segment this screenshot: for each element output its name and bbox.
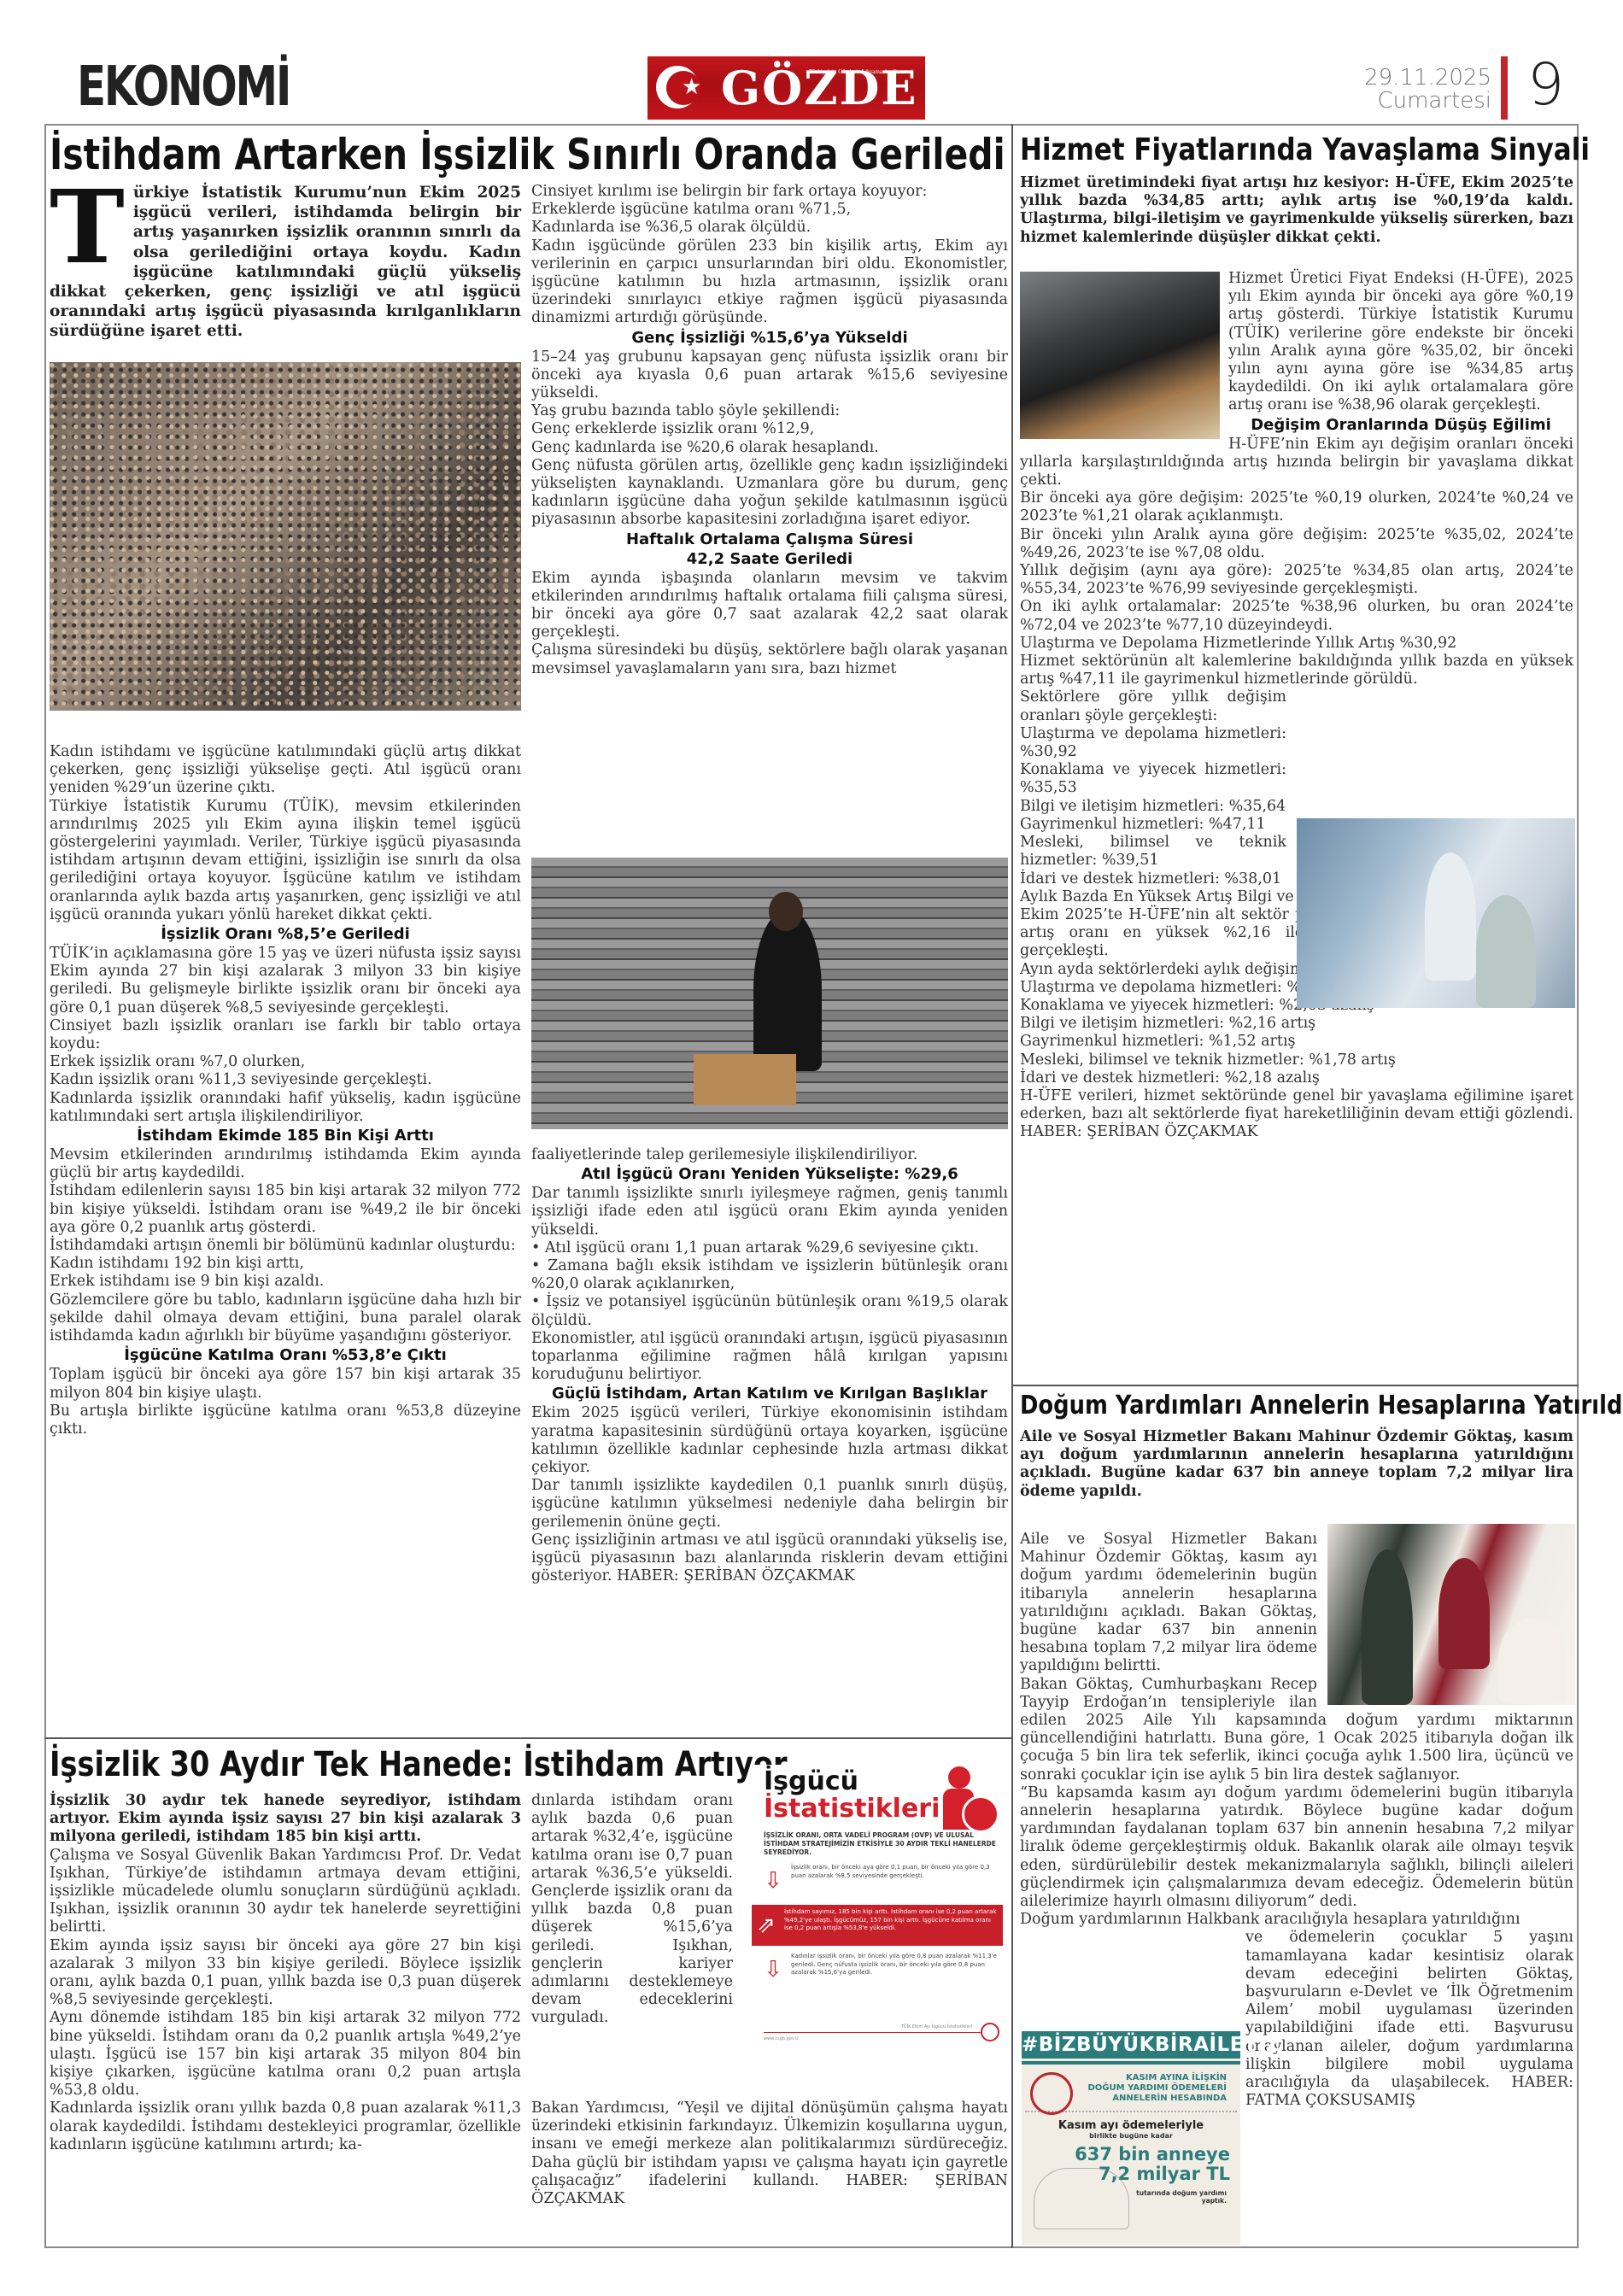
section-divider-right <box>1011 1385 1579 1386</box>
article-body-bottom-left: İşsizlik 30 aydır tek hanede seyrediyor,… <box>50 1792 521 2154</box>
issue-date: 29.11.2025 <box>1363 67 1491 90</box>
article-headline[interactable]: Hizmet Fiyatlarında Yavaşlama Sinyali <box>1020 130 1590 171</box>
accent-divider <box>1501 56 1508 120</box>
issue-weekday: Cumartesi <box>1363 90 1491 113</box>
article-body-middle-lower: faaliyetlerinde talep gerilemesiyle iliş… <box>531 1146 1008 1585</box>
arrow-down-icon: ⇩ <box>762 1953 784 1987</box>
family-sketch-icon <box>1034 2168 1129 2229</box>
page-number: 9 <box>1527 51 1564 120</box>
office-photo <box>1297 818 1575 1008</box>
article-lead: Türkiye İstatistik Kurumu’nun Ekim 2025 … <box>50 183 521 342</box>
subheading: 42,2 Saate Geriledi <box>531 550 1008 569</box>
article-body-left: Kadın istihdamı ve işgücüne katılımındak… <box>50 743 521 1438</box>
article-body-bottom-mid-narrow: dınlarda istihdam oranı aylık bazda 0,6 … <box>531 1792 733 2028</box>
worker-chart-icon <box>940 1766 994 1833</box>
article-lead: Aile ve Sosyal Hizmetler Bakanı Mahinur … <box>1020 1428 1573 1501</box>
column-divider <box>1011 124 1013 2248</box>
labor-statistics-infographic: İşgücü İstatistikleri İŞSİZLİK ORANI, OR… <box>752 1765 1006 2048</box>
arrow-down-icon: ⇩ <box>762 1864 784 1898</box>
woman-on-stairs-photo <box>531 858 1008 1129</box>
article-body-middle: Cinsiyet kırılımı ise belirgin bir fark … <box>531 183 1008 678</box>
article-lead: Hizmet üretimindeki fiyat artışı hız kes… <box>1020 174 1573 247</box>
newspaper-logo[interactable]: ★ GÖZDE Türkiye'nin Gözdesi, Adıyaman'ın… <box>647 56 925 120</box>
article-headline[interactable]: Doğum Yardımları Annelerin Hesaplarına Y… <box>1020 1389 1623 1423</box>
mothers-count: 637 bin anneye <box>1022 2145 1230 2164</box>
crowd-photo <box>50 362 521 711</box>
section-divider-bottom-left <box>44 1737 1012 1739</box>
subheading: İstihdam Ekimde 185 Bin Kişi Arttı <box>50 1127 521 1145</box>
ministry-seal-icon <box>981 2023 999 2041</box>
infographic-row-highlight: ⇗ İstihdam sayımız, 185 bin kişi arttı. … <box>752 1905 1003 1946</box>
subheading: Haftalık Ortalama Çalışma Süresi <box>531 530 1008 549</box>
article-headline[interactable]: İstihdam Artarken İşsizlik Sınırlı Orand… <box>50 128 1005 181</box>
infographic-row: ⇩ İşsizlik oranı, bir önceki aya göre 0,… <box>762 1864 999 1898</box>
drop-cap: T <box>50 186 125 268</box>
ministry-seal-icon <box>1030 2072 1073 2115</box>
subheading: İşgücüne Katılma Oranı %53,8’e Çıktı <box>50 1346 521 1365</box>
infographic-row: ⇩ Kadınlar işsizlik oranı, bir önceki yı… <box>762 1953 999 1987</box>
subheading: Güçlü İstihdam, Artan Katılım ve Kırılga… <box>531 1385 1008 1403</box>
section-label: EKONOMİ <box>77 53 290 121</box>
arrow-up-icon: ⇗ <box>755 1908 777 1942</box>
issue-date-block: 29.11.2025 Cumartesi <box>1363 67 1491 113</box>
logo-tagline: Türkiye'nin Gözdesi, Adıyaman'ın Gazetes… <box>809 68 913 75</box>
hashtag-banner: #BİZBÜYÜKBİRAİLEYİZ <box>1022 2031 1240 2059</box>
article-body-right: Hizmet Üretici Fiyat Endeksi (H-ÜFE), 20… <box>1020 270 1573 1142</box>
subheading: Genç İşsizliği %15,6’ya Yükseldi <box>531 329 1008 348</box>
birth-support-infographic: #BİZBÜYÜKBİRAİLEYİZ KASIM AYINA İLİŞKİN … <box>1022 2031 1240 2245</box>
article-body-bottom-mid: Bakan Yardımcısı, “Yeşil ve dijital dönü… <box>531 2100 1008 2208</box>
crescent-star-icon: ★ <box>656 64 704 112</box>
subheading: İşsizlik Oranı %8,5’e Geriledi <box>50 925 521 944</box>
subheading: Atıl İşgücü Oranı Yeniden Yükselişte: %2… <box>531 1165 1008 1184</box>
article-headline[interactable]: İşsizlik 30 Aydır Tek Hanede: İstihdam A… <box>50 1742 788 1787</box>
